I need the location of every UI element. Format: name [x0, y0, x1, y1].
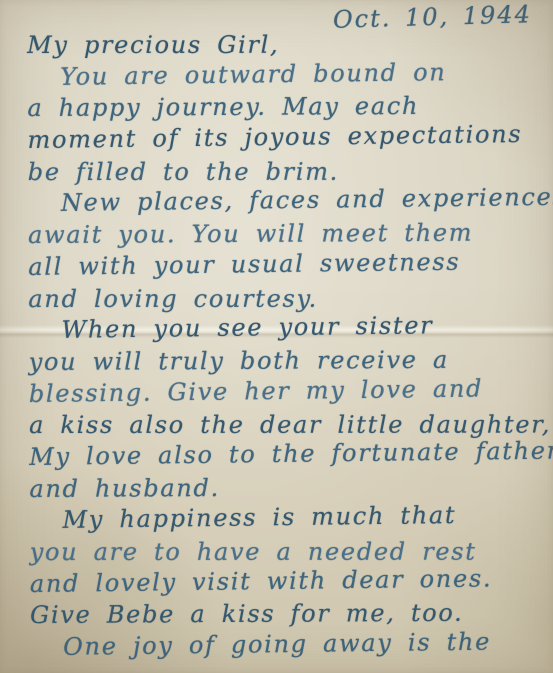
letter-line: moment of its joyous expectations	[27, 118, 553, 157]
letter-line: One joy of going away is the	[63, 626, 553, 665]
letter-line: My love also to the fortunate father	[29, 435, 553, 474]
letter-body: My precious Girl,You are outward bound o…	[27, 28, 553, 665]
letter-line: When you see your sister	[61, 309, 553, 348]
letter-line: all with your usual sweetness	[28, 245, 553, 284]
letter-line: My happiness is much that	[62, 499, 553, 538]
letter-page: Oct. 10, 1944 My precious Girl,You are o…	[0, 0, 553, 673]
letter-line: New places, faces and experiences	[61, 182, 553, 221]
letter-line: You are outward bound on	[60, 55, 553, 94]
